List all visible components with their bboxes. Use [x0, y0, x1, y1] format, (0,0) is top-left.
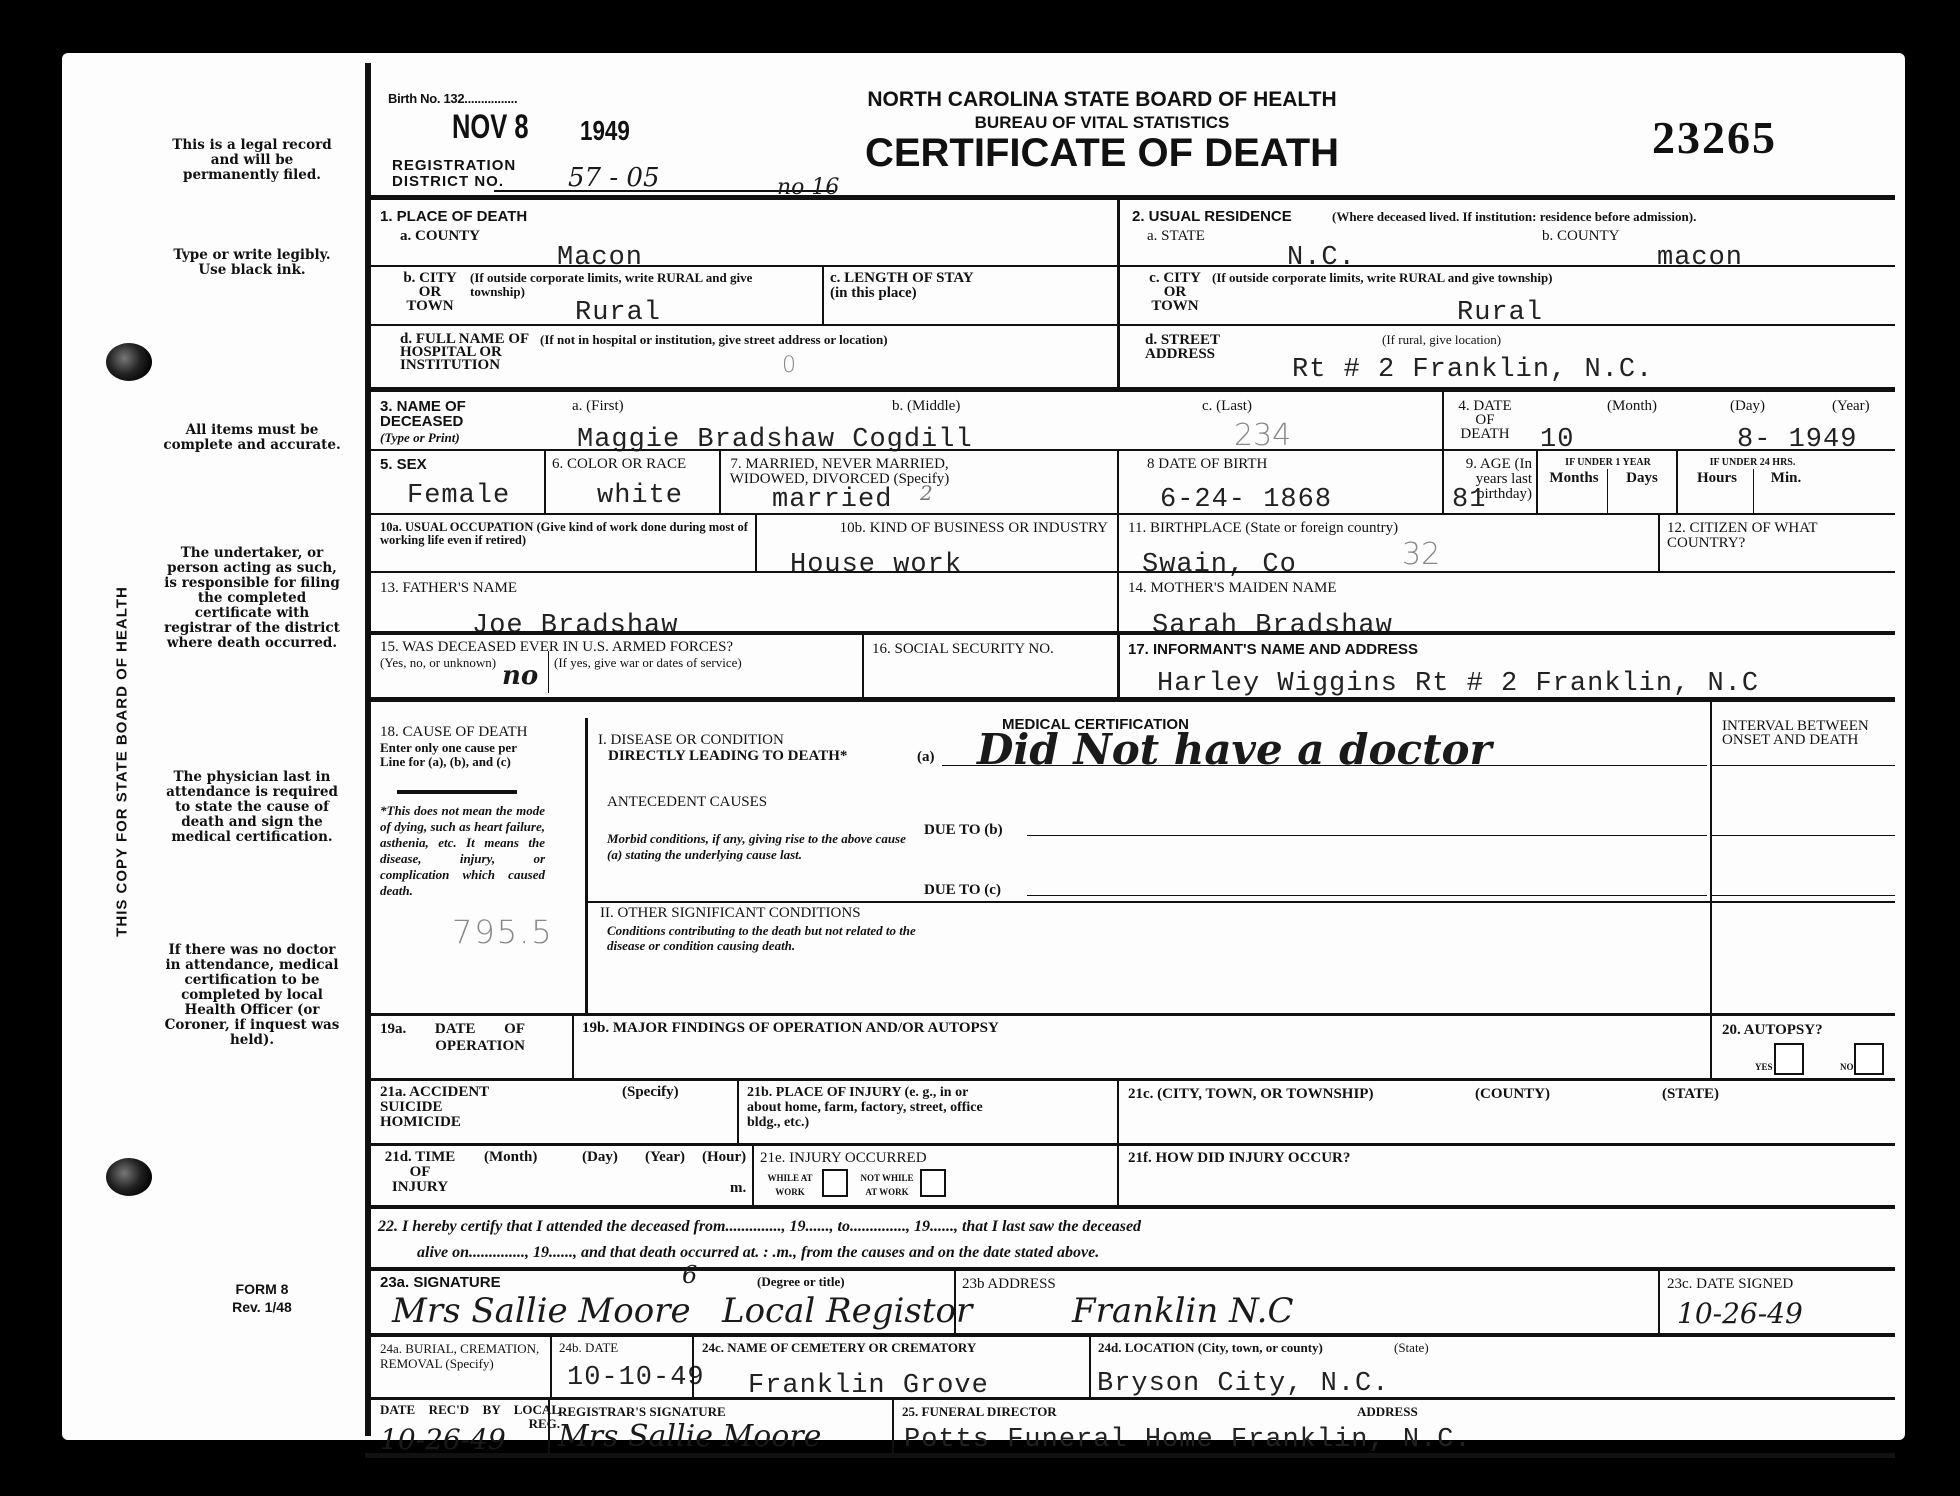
- signature-mark: 6: [682, 1261, 697, 1289]
- cause-code: 795.5: [452, 913, 554, 951]
- rule: [365, 1205, 1895, 1209]
- findings-label: 19b. MAJOR FINDINGS OF OPERATION AND/OR …: [582, 1021, 999, 1036]
- pod-hospital-note: (If not in hospital or institution, give…: [540, 333, 888, 346]
- dod-day-label: (Day): [1730, 399, 1765, 414]
- vertical-copy-note: THIS COPY FOR STATE BOARD OF HEALTH: [114, 562, 131, 962]
- col-divider: [1089, 1337, 1091, 1397]
- col-divider: [719, 451, 721, 513]
- residence-note: (Where deceased lived. If institution: r…: [1332, 210, 1696, 223]
- col-divider: [572, 1016, 574, 1078]
- punch-hole-icon: [106, 1158, 152, 1196]
- hours-label: Hours: [1682, 471, 1752, 486]
- page-title: CERTIFICATE OF DEATH: [802, 131, 1402, 176]
- col-divider: [1658, 515, 1660, 571]
- injury-month-label: (Month): [484, 1150, 537, 1165]
- cert-address-label: 23b ADDRESS: [962, 1277, 1056, 1292]
- injury-m-label: m.: [730, 1181, 746, 1196]
- disease-label: I. DISEASE OR CONDITION: [598, 733, 784, 748]
- col-divider: [1117, 451, 1119, 513]
- note-items: All items must be complete and accurate.: [162, 423, 342, 453]
- pod-stay-label: c. LENGTH OF STAY (in this place): [830, 271, 980, 301]
- date-received-value: 10-26-49: [380, 1423, 506, 1456]
- not-at-work-label: NOT WHILE AT WORK: [857, 1171, 917, 1199]
- col-divider: [550, 1337, 552, 1397]
- rule: [367, 631, 1895, 635]
- rule: [365, 697, 1895, 702]
- col-divider: [1442, 451, 1444, 513]
- pod-hospital-label: d. FULL NAME OF HOSPITAL OR INSTITUTION: [400, 333, 530, 372]
- col-divider: [548, 1400, 550, 1455]
- note-type: Type or write legibly. Use black ink.: [172, 248, 332, 278]
- interval-label: INTERVAL BETWEEN ONSET AND DEATH: [1722, 719, 1897, 747]
- armed-forces-value: no: [502, 661, 538, 691]
- citizen-label: 12. CITIZEN OF WHAT COUNTRY?: [1667, 521, 1887, 551]
- occupation-label: 10a. USUAL OCCUPATION (Give kind of work…: [380, 521, 750, 547]
- dod-month-label: (Month): [1607, 399, 1657, 414]
- res-street-value: Rt # 2 Franklin, N.C.: [1292, 355, 1653, 385]
- injury-day-label: (Day): [582, 1150, 618, 1165]
- certify-line-2: alive on.............., 19......, and th…: [417, 1244, 1099, 1262]
- rule: [1712, 835, 1895, 836]
- min-label: Min.: [1756, 471, 1816, 486]
- birthplace-value: Swain, Co: [1142, 550, 1297, 580]
- rule: [588, 901, 1895, 903]
- autopsy-no-checkbox[interactable]: [1854, 1043, 1884, 1075]
- operation-date-label: 19a. DATE OF OPERATION: [380, 1021, 525, 1055]
- col-divider: [1117, 573, 1119, 631]
- col-divider: [1710, 1016, 1712, 1078]
- dod-year-label: (Year): [1832, 399, 1870, 414]
- col-divider: [1536, 451, 1538, 513]
- pod-city-note: (If outside corporate limits, write RURA…: [470, 271, 810, 299]
- margin-rule: [365, 63, 371, 1436]
- note-legal: This is a legal record and will be perma…: [162, 138, 342, 183]
- punch-hole-icon: [106, 343, 152, 381]
- rule: [1712, 765, 1895, 766]
- rule: [1712, 895, 1895, 896]
- first-label: a. (First): [572, 399, 624, 414]
- rule: [365, 1267, 1895, 1271]
- injury-place-label: 21b. PLACE OF INJURY (e. g., in or about…: [747, 1085, 997, 1130]
- cause-a-value: Did Not have a doctor: [977, 725, 1492, 774]
- degree-label: (Degree or title): [757, 1275, 845, 1288]
- col-divider: [1117, 515, 1119, 571]
- cause-instructions: Enter only one cause per Line for (a), (…: [380, 741, 540, 769]
- district-number: 57 - 05: [568, 163, 659, 193]
- ssn-label: 16. SOCIAL SECURITY NO.: [872, 642, 1054, 657]
- autopsy-yes-checkbox[interactable]: [1774, 1043, 1804, 1075]
- age-value: 81: [1452, 485, 1486, 515]
- signature-label: 23a. SIGNATURE: [380, 1275, 501, 1290]
- injury-year-label: (Year): [645, 1150, 685, 1165]
- father-value: Joe Bradshaw: [472, 611, 678, 641]
- under-24hr-label: IF UNDER 24 HRS.: [1680, 457, 1825, 468]
- form-revision: Rev. 1/48: [222, 1299, 302, 1315]
- col-divider: [892, 1400, 894, 1455]
- place-of-death-heading: 1. PLACE OF DEATH: [380, 209, 527, 224]
- res-city-note: (If outside corporate limits, write RURA…: [1212, 271, 1553, 284]
- rule: [365, 387, 1895, 392]
- armed-note-yesno: (Yes, no, or unknown): [380, 656, 496, 669]
- burial-location-label: 24d. LOCATION (City, town, or county): [1098, 1341, 1323, 1354]
- marital-mark: 2: [920, 481, 933, 505]
- funeral-director-label: 25. FUNERAL DIRECTOR: [902, 1405, 1057, 1418]
- rule: [365, 1397, 1895, 1400]
- col-divider: [954, 1271, 956, 1333]
- res-county-value: macon: [1657, 243, 1743, 273]
- business-label: 10b. KIND OF BUSINESS OR INDUSTRY: [763, 521, 1108, 536]
- col-divider: [548, 651, 549, 693]
- injury-state-label: (STATE): [1662, 1087, 1719, 1102]
- pod-county-value: Macon: [557, 243, 643, 273]
- col-divider: [822, 267, 824, 324]
- rule: [367, 571, 1895, 573]
- cause-a-label: (a): [917, 750, 935, 765]
- cause-of-death-label: 18. CAUSE OF DEATH: [380, 725, 528, 740]
- at-work-checkbox[interactable]: [822, 1169, 848, 1197]
- rule: [367, 324, 1119, 326]
- res-county-label: b. COUNTY: [1542, 229, 1620, 244]
- date-signed-value: 10-26-49: [1677, 1297, 1803, 1330]
- col-divider: [1658, 1271, 1660, 1333]
- col-divider: [1607, 469, 1608, 513]
- autopsy-label: 20. AUTOPSY?: [1722, 1023, 1823, 1038]
- middle-label: b. (Middle): [892, 399, 960, 414]
- dod-label: 4. DATE OF DEATH: [1450, 399, 1520, 441]
- days-label: Days: [1610, 471, 1674, 486]
- race-label: 6. COLOR OR RACE: [552, 457, 686, 472]
- cemetery-label: 24c. NAME OF CEMETERY OR CREMATORY: [702, 1341, 976, 1354]
- rule: [365, 1453, 1895, 1458]
- under-1yr-label: IF UNDER 1 YEAR: [1540, 457, 1676, 468]
- name-note: (Type or Print): [380, 431, 460, 444]
- antecedent-label: ANTECEDENT CAUSES: [607, 795, 767, 810]
- received-stamp-year: 1949: [580, 115, 630, 147]
- injury-city-label: 21c. (CITY, TOWN, OR TOWNSHIP): [1128, 1087, 1373, 1102]
- rule: [367, 513, 1895, 515]
- rule: [397, 790, 517, 794]
- res-city-label: c. CITY OR TOWN: [1145, 271, 1205, 313]
- burial-state-label: (State): [1394, 1341, 1429, 1354]
- informant-value: Harley Wiggins Rt # 2 Franklin, N.C: [1157, 669, 1759, 699]
- name-label: 3. NAME OF DECEASED: [380, 399, 480, 429]
- form-number: FORM 8: [222, 1281, 302, 1297]
- accident-specify-label: (Specify): [622, 1085, 679, 1100]
- cause-b-line: [1027, 835, 1707, 836]
- dob-value: 6-24- 1868: [1160, 485, 1332, 515]
- registration-label: REGISTRATION: [392, 157, 516, 174]
- autopsy-no-label: NO: [1840, 1062, 1854, 1072]
- autopsy-yes-label: YES: [1755, 1062, 1773, 1072]
- col-divider: [1753, 469, 1754, 513]
- burial-date-value: 10-10-49: [567, 1363, 705, 1393]
- birthplace-label: 11. BIRTHPLACE (State or foreign country…: [1128, 521, 1398, 536]
- business-value: House work: [790, 550, 962, 580]
- col-divider: [585, 718, 588, 1013]
- marital-value: married: [772, 485, 892, 515]
- injury-county-label: (COUNTY): [1475, 1087, 1550, 1102]
- not-at-work-checkbox[interactable]: [920, 1169, 946, 1197]
- res-state-value: N.C.: [1287, 243, 1356, 273]
- armed-note-service: (If yes, give war or dates of service): [554, 656, 742, 669]
- date-signed-label: 23c. DATE SIGNED: [1667, 1277, 1793, 1292]
- col-divider: [1117, 635, 1120, 697]
- mother-label: 14. MOTHER'S MAIDEN NAME: [1128, 581, 1337, 596]
- burial-location-value: Bryson City, N.C.: [1097, 1369, 1389, 1399]
- res-street-note: (If rural, give location): [1382, 333, 1501, 346]
- armed-forces-label: 15. WAS DECEASED EVER IN U.S. ARMED FORC…: [380, 640, 733, 655]
- district-label: DISTRICT NO.: [392, 173, 504, 190]
- cert-address-value: Franklin N.C: [1072, 1291, 1293, 1331]
- col-divider: [692, 1337, 694, 1397]
- rule: [1120, 324, 1895, 326]
- cause-footnote: *This does not mean the mode of dying, s…: [380, 803, 545, 899]
- pencil-code: 234: [1234, 418, 1291, 453]
- registrar-signature-value: Mrs Sallie Moore: [558, 1419, 821, 1454]
- due-to-b-label: DUE TO (b): [924, 823, 1003, 838]
- rule: [367, 449, 1895, 451]
- col-divider: [755, 515, 757, 571]
- pod-hospital-value: 0: [782, 353, 796, 378]
- signature-value: Mrs Sallie Moore: [392, 1291, 691, 1331]
- bureau-name: BUREAU OF VITAL STATISTICS: [802, 113, 1402, 133]
- injury-time-label: 21d. TIME OF INJURY: [380, 1150, 460, 1195]
- father-label: 13. FATHER'S NAME: [380, 581, 517, 596]
- pod-city-label: b. CITY OR TOWN: [400, 271, 460, 313]
- signature-title: Local Registor: [722, 1291, 972, 1331]
- org-name: NORTH CAROLINA STATE BOARD OF HEALTH: [802, 88, 1402, 112]
- mother-value: Sarah Bradshaw: [1152, 611, 1393, 641]
- informant-label: 17. INFORMANT'S NAME AND ADDRESS: [1128, 642, 1418, 657]
- sex-value: Female: [407, 481, 510, 511]
- funeral-director-address-label: ADDRESS: [1357, 1405, 1418, 1418]
- birth-number: Birth No. 132................: [388, 91, 517, 106]
- residence-heading: 2. USUAL RESIDENCE: [1132, 209, 1292, 224]
- last-label: c. (Last): [1202, 399, 1252, 414]
- rule: [367, 1013, 1895, 1016]
- rule: [367, 1078, 1895, 1081]
- note-physician: The physician last in attendance is requ…: [162, 770, 342, 845]
- col-divider: [737, 1081, 739, 1143]
- marital-label: 7. MARRIED, NEVER MARRIED, WIDOWED, DIVO…: [727, 457, 952, 487]
- certificate-page: This is a legal record and will be perma…: [62, 53, 1905, 1440]
- due-to-c-label: DUE TO (c): [924, 883, 1001, 898]
- rule: [365, 1333, 1895, 1337]
- certificate-number: 23265: [1652, 111, 1777, 164]
- other-conditions-label: II. OTHER SIGNIFICANT CONDITIONS: [600, 906, 861, 921]
- at-work-label: WHILE AT WORK: [760, 1171, 820, 1199]
- col-divider: [1676, 451, 1678, 513]
- birthplace-code: 32: [1402, 537, 1440, 572]
- col-divider: [1710, 702, 1712, 1013]
- injury-how-label: 21f. HOW DID INJURY OCCUR?: [1128, 1151, 1350, 1166]
- rule: [365, 195, 1895, 200]
- antecedent-note: Morbid conditions, if any, giving rise t…: [607, 831, 917, 863]
- res-street-label: d. STREET ADDRESS: [1145, 333, 1225, 361]
- res-state-label: a. STATE: [1147, 229, 1205, 244]
- other-conditions-note: Conditions contributing to the death but…: [607, 923, 917, 953]
- col-divider: [1117, 200, 1120, 390]
- note-undertaker: The undertaker, or person acting as such…: [162, 546, 342, 651]
- col-divider: [862, 635, 864, 697]
- received-stamp-date: NOV 8: [452, 108, 529, 147]
- race-value: white: [597, 481, 683, 511]
- accident-label: 21a. ACCIDENT SUICIDE HOMICIDE: [380, 1085, 490, 1130]
- burial-type-label: 24a. BURIAL, CREMATION, REMOVAL (Specify…: [380, 1341, 550, 1371]
- funeral-director-value: Potts Funeral Home Franklin, N.C.: [904, 1425, 1472, 1455]
- rule: [367, 1143, 1895, 1146]
- col-divider: [1442, 392, 1444, 449]
- burial-date-label: 24b. DATE: [559, 1341, 618, 1354]
- disease-label-2: DIRECTLY LEADING TO DEATH*: [608, 749, 847, 764]
- injury-hour-label: (Hour): [702, 1150, 746, 1165]
- col-divider: [752, 1146, 754, 1206]
- col-divider: [544, 451, 546, 513]
- sex-label: 5. SEX: [380, 457, 427, 472]
- months-label: Months: [1542, 471, 1606, 486]
- rule: [367, 265, 1119, 267]
- pod-county-label: a. COUNTY: [400, 229, 480, 244]
- rule: [1120, 265, 1895, 267]
- certify-line-1: 22. I hereby certify that I attended the…: [378, 1218, 1888, 1236]
- dob-label: 8 DATE OF BIRTH: [1147, 457, 1267, 472]
- injury-occurred-label: 21e. INJURY OCCURRED: [760, 1151, 927, 1166]
- cause-c-line: [1027, 895, 1707, 896]
- note-no-doctor: If there was no doctor in attendance, me…: [162, 943, 342, 1048]
- registrar-signature-label: REGISTRAR'S SIGNATURE: [558, 1405, 726, 1418]
